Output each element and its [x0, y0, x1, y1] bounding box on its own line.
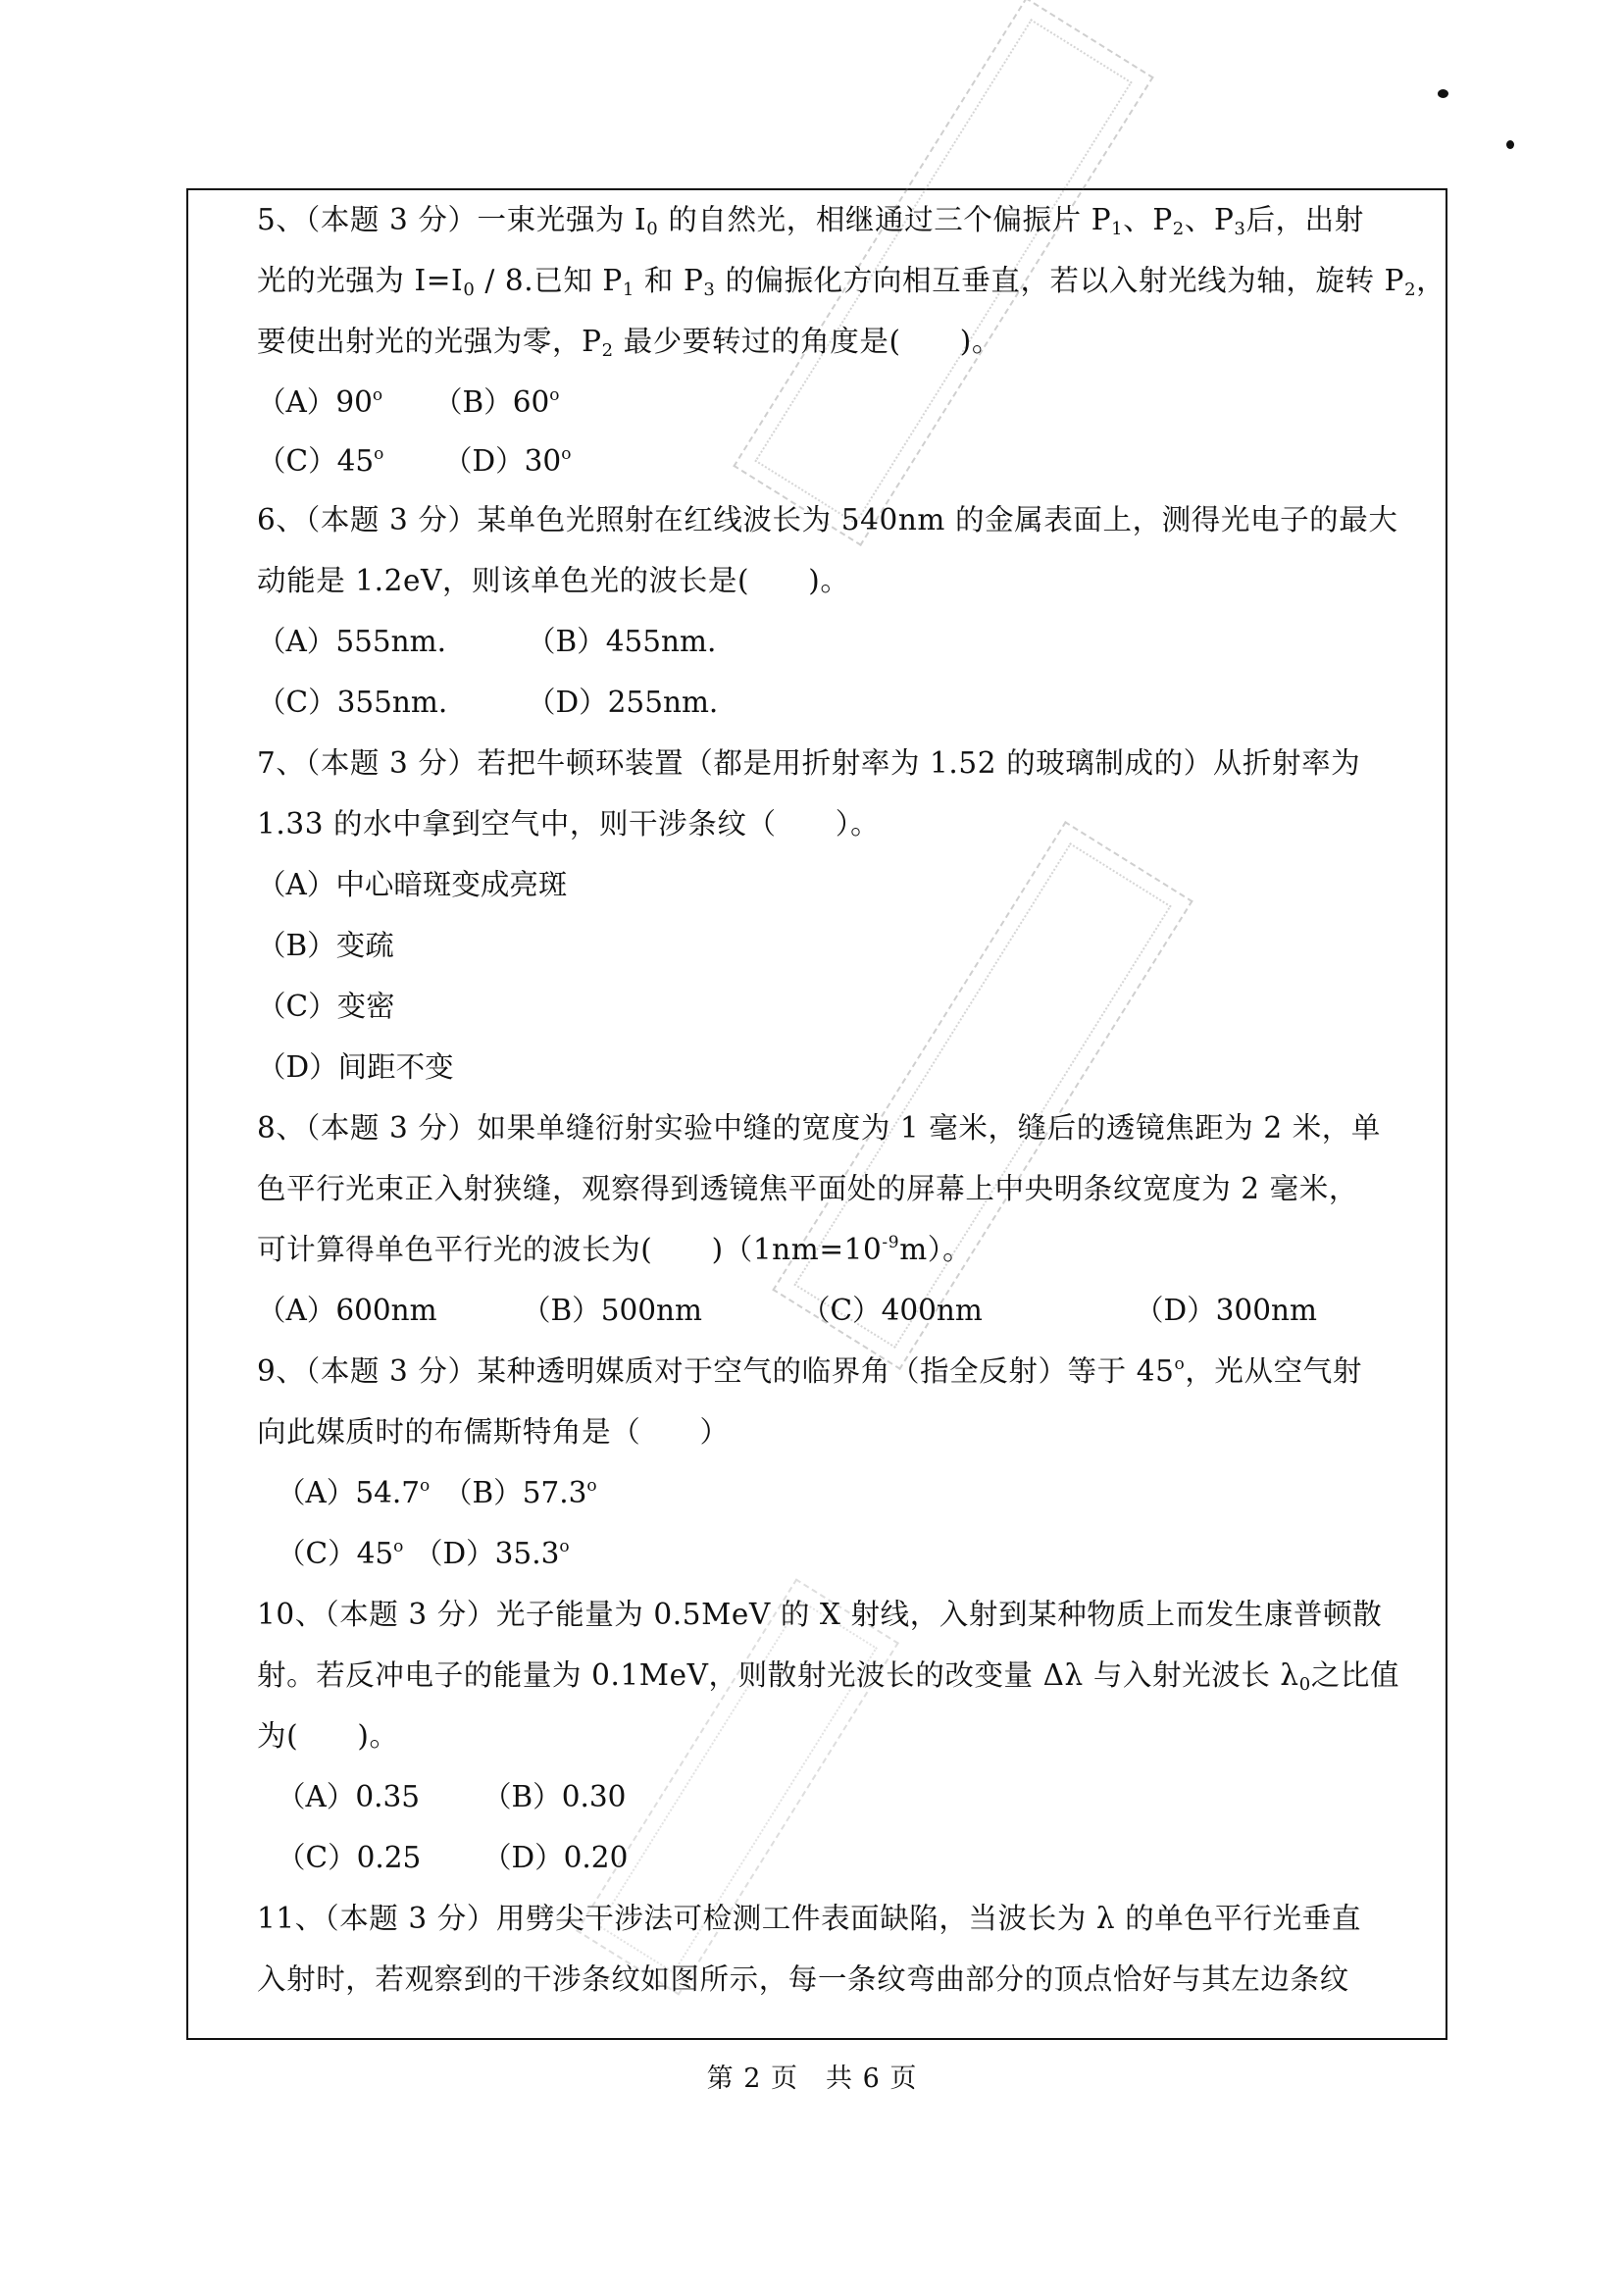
- option-value: 0.35: [355, 1780, 420, 1813]
- option-a[interactable]: （A）90o: [257, 382, 382, 422]
- option-d[interactable]: （D）间距不变: [257, 1047, 454, 1087]
- option-label: （B）: [433, 385, 513, 419]
- option-value: 300nm: [1216, 1294, 1317, 1327]
- option-value: 57.3: [523, 1476, 587, 1509]
- option-label: （B）: [443, 1476, 523, 1509]
- option-c[interactable]: （C）45o: [277, 1534, 403, 1573]
- option-value: 45: [337, 444, 375, 478]
- option-c[interactable]: （C）400nm: [801, 1291, 983, 1330]
- option-value: 0.25: [357, 1841, 422, 1874]
- question-text-line: 10、（本题 3 分）光子能量为 0.5MeV 的 X 射线，入射到某种物质上而…: [257, 1595, 1382, 1634]
- option-label: （B）: [522, 1294, 601, 1327]
- option-label: （D）: [527, 686, 608, 719]
- question-text-line: 色平行光束正入射狭缝，观察得到透镜焦平面处的屏幕上中央明条纹宽度为 2 毫米，: [257, 1169, 1358, 1208]
- option-value: 400nm: [882, 1294, 983, 1327]
- option-c[interactable]: （C）变密: [257, 987, 395, 1026]
- page-footer: 第 2 页共 6 页: [0, 2060, 1624, 2099]
- current-page-label: 第 2 页: [707, 2064, 798, 2094]
- option-a[interactable]: （A）中心暗斑变成亮斑: [257, 865, 567, 904]
- question-text-line: 向此媒质时的布儒斯特角是（ ）: [257, 1412, 730, 1452]
- question-text-line: 6、（本题 3 分）某单色光照射在红线波长为 540nm 的金属表面上，测得光电…: [257, 500, 1397, 539]
- question-text-line: 为( )。: [257, 1716, 399, 1756]
- option-b[interactable]: （B）500nm: [522, 1291, 702, 1330]
- option-value: 0.20: [564, 1841, 629, 1874]
- question-text-line: 光的光强为 I=I0 / 8.已知 P1 和 P3 的偏振化方向相互垂直，若以入…: [257, 261, 1446, 300]
- option-label: （C）: [801, 1294, 882, 1327]
- option-a[interactable]: （A）0.35: [277, 1777, 420, 1816]
- option-label: （D）: [482, 1841, 564, 1874]
- option-value: 中心暗斑变成亮斑: [335, 868, 567, 901]
- scan-speck: [1438, 89, 1448, 98]
- total-pages-label: 共 6 页: [826, 2064, 917, 2094]
- option-value: 54.7: [355, 1476, 420, 1509]
- option-label: （C）: [257, 686, 337, 719]
- option-b[interactable]: （B）57.3o: [443, 1473, 597, 1512]
- question-text-line: 11、（本题 3 分）用劈尖干涉法可检测工件表面缺陷，当波长为 λ 的单色平行光…: [257, 1899, 1361, 1938]
- option-label: （A）: [257, 625, 335, 658]
- option-b[interactable]: （B）60o: [433, 382, 559, 422]
- option-value: 355nm.: [337, 686, 448, 719]
- option-value: 45: [357, 1537, 394, 1570]
- option-b[interactable]: （B）0.30: [482, 1777, 626, 1816]
- question-text-line: 入射时，若观察到的干涉条纹如图所示，每一条纹弯曲部分的顶点恰好与其左边条纹: [257, 1960, 1349, 1999]
- option-value: 555nm.: [335, 625, 446, 658]
- option-value: 90: [335, 385, 373, 419]
- option-d[interactable]: （D）255nm.: [527, 683, 718, 722]
- option-label: （A）: [257, 385, 335, 419]
- option-b[interactable]: （B）455nm.: [527, 622, 716, 661]
- option-value: 35.3: [495, 1537, 560, 1570]
- option-value: 500nm: [601, 1294, 702, 1327]
- option-label: （D）: [1135, 1294, 1216, 1327]
- option-d[interactable]: （D）35.3o: [414, 1534, 570, 1573]
- option-d[interactable]: （D）0.20: [482, 1838, 628, 1877]
- option-d[interactable]: （D）300nm: [1135, 1291, 1317, 1330]
- option-label: （A）: [277, 1780, 355, 1813]
- option-label: （A）: [257, 1294, 335, 1327]
- option-a[interactable]: （A）600nm: [257, 1291, 437, 1330]
- option-label: （B）: [482, 1780, 562, 1813]
- option-label: （B）: [257, 929, 336, 962]
- question-text-line: 射。若反冲电子的能量为 0.1MeV，则散射光波长的改变量 Δλ 与入射光波长 …: [257, 1656, 1399, 1695]
- question-text-line: 9、（本题 3 分）某种透明媒质对于空气的临界角（指全反射）等于 45o，光从空…: [257, 1351, 1362, 1391]
- option-c[interactable]: （C）45o: [257, 441, 383, 481]
- option-value: 600nm: [335, 1294, 436, 1327]
- option-a[interactable]: （A）555nm.: [257, 622, 446, 661]
- option-value: 0.30: [562, 1780, 627, 1813]
- option-label: （C）: [257, 444, 337, 478]
- option-label: （C）: [257, 990, 337, 1023]
- option-label: （D）: [414, 1537, 495, 1570]
- question-text-line: 1.33 的水中拿到空气中，则干涉条纹（ ）。: [257, 804, 880, 843]
- option-value: 255nm.: [608, 686, 719, 719]
- option-d[interactable]: （D）30o: [443, 441, 571, 481]
- option-value: 变疏: [336, 929, 394, 962]
- option-value: 30: [525, 444, 562, 478]
- scan-speck: [1506, 140, 1514, 149]
- option-label: （A）: [277, 1476, 355, 1509]
- option-label: （B）: [527, 625, 606, 658]
- option-label: （C）: [277, 1537, 357, 1570]
- question-text-line: 动能是 1.2eV，则该单色光的波长是( )。: [257, 561, 849, 600]
- option-value: 变密: [337, 990, 395, 1023]
- question-text-line: 7、（本题 3 分）若把牛顿环装置（都是用折射率为 1.52 的玻璃制成的）从折…: [257, 743, 1360, 783]
- option-label: （A）: [257, 868, 335, 901]
- question-text-line: 8、（本题 3 分）如果单缝衍射实验中缝的宽度为 1 毫米，缝后的透镜焦距为 2…: [257, 1108, 1381, 1147]
- option-b[interactable]: （B）变疏: [257, 926, 394, 965]
- option-label: （C）: [277, 1841, 357, 1874]
- question-text-line: 5、（本题 3 分）一束光强为 I0 的自然光，相继通过三个偏振片 P1、P2、…: [257, 200, 1364, 239]
- option-c[interactable]: （C）0.25: [277, 1838, 421, 1877]
- option-value: 60: [513, 385, 550, 419]
- option-c[interactable]: （C）355nm.: [257, 683, 447, 722]
- question-text-line: 可计算得单色平行光的波长为( )（1nm=10-9m）。: [257, 1230, 972, 1269]
- option-label: （D）: [443, 444, 525, 478]
- option-a[interactable]: （A）54.7o: [277, 1473, 430, 1512]
- question-text-line: 要使出射光的光强为零，P2 最少要转过的角度是( )。: [257, 322, 1001, 361]
- option-value: 455nm.: [606, 625, 717, 658]
- option-value: 间距不变: [338, 1050, 454, 1084]
- option-label: （D）: [257, 1050, 338, 1084]
